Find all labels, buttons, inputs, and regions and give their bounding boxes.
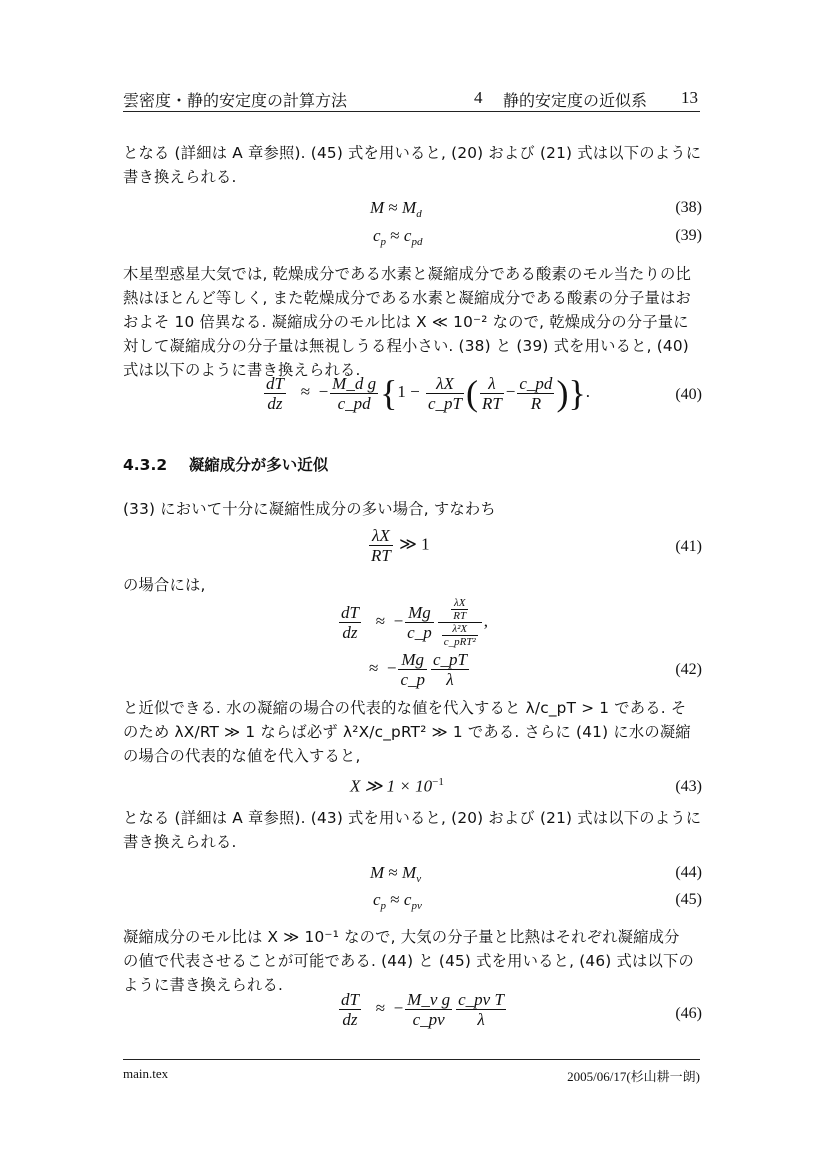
equation-43: X ≫ 1 × 10−1 — [350, 776, 444, 797]
text-line: の場合の代表的な値を代入すると, — [123, 744, 703, 768]
text-line: となる (詳細は A 章参照). (43) 式を用いると, (20) および (… — [123, 806, 703, 830]
equation-38: M ≈ Md — [370, 198, 422, 220]
text-line: 木星型惑星大気では, 乾燥成分である水素と凝縮成分である酸素のモル当たりの比 — [123, 262, 703, 286]
page-number: 13 — [681, 88, 698, 108]
paragraph-1: となる (詳細は A 章参照). (45) 式を用いると, (20) および (… — [123, 141, 703, 189]
subsection-number: 4.3.2 — [123, 456, 167, 474]
text-line: と近似できる. 水の凝縮の場合の代表的な値を代入すると λ/c_pT > 1 で… — [123, 696, 703, 720]
subsection-title: 凝縮成分が多い近似 — [189, 456, 329, 474]
document-page: 雲密度・静的安定度の計算方法 4 静的安定度の近似系 13 となる (詳細は A… — [0, 0, 826, 1169]
equation-42-line-1: dTdz ≈ −Mgc_pλXRTλ²Xc_pRT², — [337, 597, 488, 648]
text-line: 書き換えられる. — [123, 165, 703, 189]
text-line: となる (詳細は A 章参照). (45) 式を用いると, (20) および (… — [123, 141, 703, 165]
equation-number-44: (44) — [675, 864, 702, 882]
text-line: 対して凝縮成分の分子量は無視しうる程小さい. (38) と (39) 式を用いる… — [123, 334, 703, 358]
equation-41: λXRT ≫ 1 — [367, 526, 430, 565]
subsection-heading: 4.3.2 凝縮成分が多い近似 — [123, 453, 328, 475]
text-line: 熱はほとんど等しく, また乾燥成分である水素と凝縮成分である酸素の分子量はお — [123, 286, 703, 310]
header-rule — [123, 111, 700, 112]
text-line: の場合には, — [123, 573, 703, 597]
equation-42-line-2: ≈ −Mgc_pc_pTλ — [369, 650, 471, 689]
equation-46: dTdz ≈ −M_v gc_pvc_pv Tλ — [337, 990, 508, 1029]
equation-45: cp ≈ cpv — [373, 890, 422, 912]
equation-number-39: (39) — [675, 227, 702, 245]
text-line: およそ 10 倍異なる. 凝縮成分のモル比は X ≪ 10⁻² なので, 乾燥成… — [123, 310, 703, 334]
equation-number-38: (38) — [675, 199, 702, 217]
equation-39: cp ≈ cpd — [373, 226, 422, 248]
equation-number-42: (42) — [675, 661, 702, 679]
equation-number-40: (40) — [675, 386, 702, 404]
text-line: (33) において十分に凝縮性成分の多い場合, すなわち — [123, 497, 703, 521]
equation-number-46: (46) — [675, 1005, 702, 1023]
paragraph-2: 木星型惑星大気では, 乾燥成分である水素と凝縮成分である酸素のモル当たりの比 熱… — [123, 262, 703, 382]
paragraph-7: 凝縮成分のモル比は X ≫ 10⁻¹ なので, 大気の分子量と比熱はそれぞれ凝縮… — [123, 925, 703, 997]
text-line: のため λX/RT ≫ 1 ならば必ず λ²X/c_pRT² ≫ 1 である. … — [123, 720, 703, 744]
footer-date-author: 2005/06/17(杉山耕一朗) — [567, 1066, 700, 1085]
equation-40: dTdz ≈ −M_d gc_pd{1 − λXc_pT(λRT−c_pdR)}… — [262, 372, 590, 414]
equation-number-43: (43) — [675, 778, 702, 796]
paragraph-3: (33) において十分に凝縮性成分の多い場合, すなわち — [123, 497, 703, 521]
text-line: 凝縮成分のモル比は X ≫ 10⁻¹ なので, 大気の分子量と比熱はそれぞれ凝縮… — [123, 925, 703, 949]
text-line: の値で代表させることが可能である. (44) と (45) 式を用いると, (4… — [123, 949, 703, 973]
text-line: 書き換えられる. — [123, 830, 703, 854]
paragraph-5: と近似できる. 水の凝縮の場合の代表的な値を代入すると λ/c_pT > 1 で… — [123, 696, 703, 768]
equation-number-41: (41) — [675, 538, 702, 556]
paragraph-6: となる (詳細は A 章参照). (43) 式を用いると, (20) および (… — [123, 806, 703, 854]
footer-rule — [123, 1059, 700, 1060]
equation-44: M ≈ Mv — [370, 863, 421, 885]
running-header-title: 雲密度・静的安定度の計算方法 — [123, 88, 347, 111]
footer-filename: main.tex — [123, 1066, 168, 1082]
running-header-section-title: 静的安定度の近似系 — [503, 88, 647, 111]
equation-number-45: (45) — [675, 891, 702, 909]
running-header-section-number: 4 — [474, 88, 483, 108]
paragraph-4: の場合には, — [123, 573, 703, 597]
